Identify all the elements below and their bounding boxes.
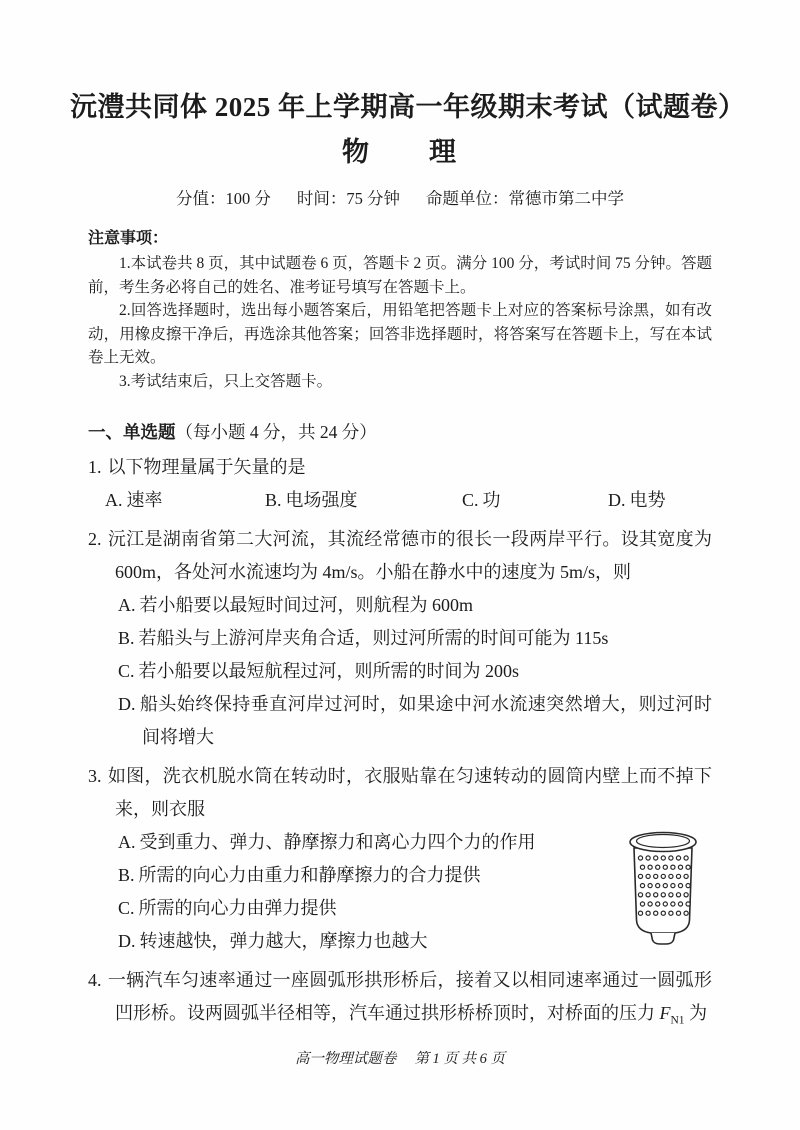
section-heading: 一、单选题（每小题 4 分，共 24 分） [88, 417, 712, 447]
question-1-options: A.速率 B.电场强度 C.功 D.电势 [105, 484, 712, 517]
question-4: 4.一辆汽车匀速率通过一座圆弧形拱形桥后，接着又以相同速率通过一圆弧形凹形桥。设… [88, 964, 712, 1038]
question-3: 3.如图，洗衣机脱水筒在转动时，衣服贴靠在匀速转动的圆筒内壁上而不掉下来，则衣服… [88, 760, 712, 958]
question-1: 1.以下物理量属于矢量的是 A.速率 B.电场强度 C.功 D.电势 [88, 451, 712, 517]
section-title: 一、单选题 [88, 422, 176, 442]
notice-item: 3.考试结束后，只上交答题卡。 [88, 370, 712, 394]
exam-meta: 分值：100 分 时间：75 分钟 命题单位：常德市第二中学 [88, 188, 712, 210]
footer-doc-label: 高一物理试题卷 [295, 1051, 397, 1067]
meta-score: 分值：100 分 [176, 188, 271, 210]
option-b: B.若船头与上游河岸夹角合适，则过河所需的时间可能为 115s [118, 622, 712, 655]
question-number: 3. [88, 766, 102, 786]
notice-item: 2.回答选择题时，选出每小题答案后，用铅笔把答题卡上对应的答案标号涂黑，如有改动… [88, 299, 712, 370]
meta-time: 时间：75 分钟 [297, 188, 400, 210]
question-text: 以下物理量属于矢量的是 [108, 457, 306, 477]
washing-drum-figure [624, 828, 702, 950]
option-c: C.若小船要以最短航程过河，则所需的时间为 200s [118, 655, 712, 688]
notice-section: 注意事项： 1.本试卷共 8 页，其中试题卷 6 页，答题卡 2 页。满分 10… [88, 226, 712, 393]
drum-body [634, 848, 692, 933]
option-a: A.受到重力、弹力、静摩擦力和离心力四个力的作用 [118, 826, 712, 859]
notice-item: 1.本试卷共 8 页，其中试题卷 6 页，答题卡 2 页。满分 100 分，考试… [88, 252, 712, 299]
option-c: C.功 [462, 484, 608, 517]
footer-page-info: 第 1 页 共 6 页 [414, 1051, 505, 1067]
notice-heading: 注意事项： [88, 226, 712, 252]
option-d: D.电势 [608, 484, 666, 517]
option-a: A.若小船要以最短时间过河，则航程为 600m [118, 589, 712, 622]
option-b: B.电场强度 [265, 484, 462, 517]
question-text: 沅江是湖南省第二大河流，其流经常德市的很长一段两岸平行。设其宽度为 600m，各… [108, 529, 713, 582]
page-footer: 高一物理试题卷第 1 页 共 6 页 [0, 1048, 800, 1070]
section-note: （每小题 4 分，共 24 分） [176, 422, 377, 442]
option-d: D.船头始终保持垂直河岸过河时，如果途中河水流速突然增大，则过河时间将增大 [118, 688, 712, 754]
option-c: C.所需的向心力由弹力提供 [118, 892, 712, 925]
option-d: D.转速越快，弹力越大，摩擦力也越大 [118, 925, 712, 958]
exam-title: 沅澧共同体 2025 年上学期高一年级期末考试（试题卷） [70, 90, 730, 124]
force-symbol: F [660, 1003, 671, 1023]
drum-foot [651, 933, 675, 944]
question-number: 1. [88, 457, 102, 477]
force-symbol-subscript: N1 [671, 1015, 685, 1027]
option-b: B.所需的向心力由重力和静摩擦力的合力提供 [118, 859, 712, 892]
question-4-stem: 4.一辆汽车匀速率通过一座圆弧形拱形桥后，接着又以相同速率通过一圆弧形凹形桥。设… [88, 964, 712, 1038]
question-3-stem: 3.如图，洗衣机脱水筒在转动时，衣服贴靠在匀速转动的圆筒内壁上而不掉下来，则衣服 [88, 760, 712, 826]
question-2: 2.沅江是湖南省第二大河流，其流经常德市的很长一段两岸平行。设其宽度为 600m… [88, 523, 712, 754]
question-1-stem: 1.以下物理量属于矢量的是 [88, 451, 712, 484]
subject-title: 物 理 [88, 132, 712, 172]
question-number: 2. [88, 529, 102, 549]
question-text: 如图，洗衣机脱水筒在转动时，衣服贴靠在匀速转动的圆筒内壁上而不掉下来，则衣服 [108, 766, 713, 819]
exam-page: 沅澧共同体 2025 年上学期高一年级期末考试（试题卷） 物 理 分值：100 … [0, 0, 800, 1130]
question-number: 4. [88, 970, 102, 990]
question-text: 为 [685, 1003, 708, 1023]
question-2-stem: 2.沅江是湖南省第二大河流，其流经常德市的很长一段两岸平行。设其宽度为 600m… [88, 523, 712, 589]
drum-rim-outer [630, 833, 696, 852]
option-a: A.速率 [105, 484, 265, 517]
meta-unit: 命题单位：常德市第二中学 [426, 188, 624, 210]
question-text: 一辆汽车匀速率通过一座圆弧形拱形桥后，接着又以相同速率通过一圆弧形凹形桥。设两圆… [108, 970, 713, 1023]
